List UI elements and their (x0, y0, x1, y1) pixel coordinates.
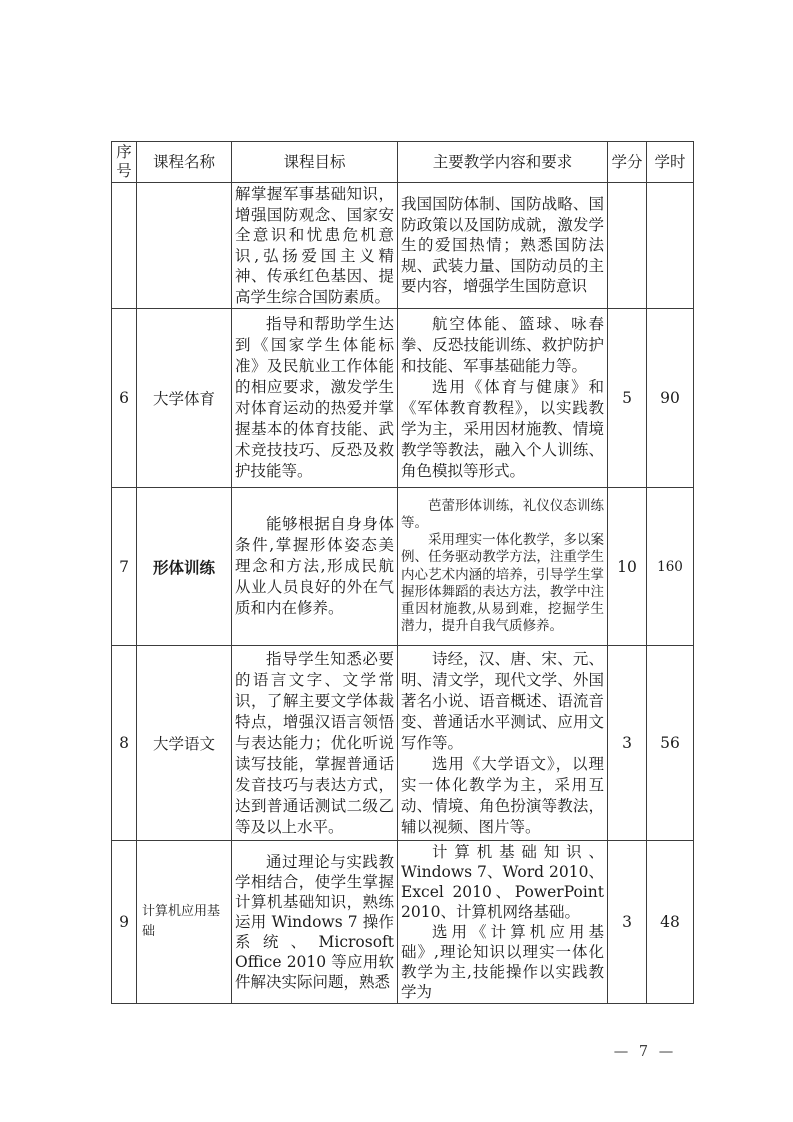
cell-hours: 48 (647, 841, 694, 1004)
cell-objective: 指导学生知悉必要的语言文字、文学常识，了解主要文学体裁特点，增强汉语言领悟与表达… (232, 646, 398, 841)
course-row-8: 8 大学语文 指导学生知悉必要的语言文字、文学常识，了解主要文学体裁特点，增强汉… (112, 646, 694, 841)
cell-course-name (137, 183, 232, 309)
objective-paragraph: 通过理论与实践教学相结合，使学生掌握计算机基础知识，熟练运用 Windows 7… (235, 852, 394, 992)
content-paragraph: 我国国防体制、国防战略、国防政策以及国防成就，激发学生的爱国热情；熟悉国防法规、… (401, 194, 604, 297)
document-page: 序号 课程名称 课程目标 主要教学内容和要求 学分 学时 解掌握军事基础知识，增… (0, 0, 793, 1122)
cell-credits: 3 (608, 646, 647, 841)
col-header-credits: 学分 (608, 142, 647, 183)
course-table: 序号 课程名称 课程目标 主要教学内容和要求 学分 学时 解掌握军事基础知识，增… (111, 141, 694, 1004)
cell-course-name: 大学语文 (137, 646, 232, 841)
cell-hours: 90 (647, 309, 694, 488)
cell-seq: 6 (112, 309, 137, 488)
header-row: 序号 课程名称 课程目标 主要教学内容和要求 学分 学时 (112, 142, 694, 183)
cell-content: 航空体能、篮球、咏春拳、反恐技能训练、救护防护和技能、军事基础能力等。 选用《体… (398, 309, 608, 488)
content-paragraph: 计算机基础知识、Windows 7、Word 2010、Excel 2010、P… (401, 842, 604, 922)
cell-hours: 160 (647, 488, 694, 646)
content-paragraph: 诗经，汉、唐、宋、元、明、清文学，现代文学、外国著名小说、语音概述、语流音变、普… (401, 649, 604, 754)
cell-content: 芭蕾形体训练，礼仪仪态训练等。 采用理实一体化教学，多以案例、任务驱动教学方法，… (398, 488, 608, 646)
cell-hours: 56 (647, 646, 694, 841)
content-paragraph: 选用《大学语文》，以理实一体化教学为主，采用互动、情境、角色扮演等教法，辅以视频… (401, 754, 604, 838)
objective-paragraph: 指导和帮助学生达到《国家学生体能标准》及民航业工作体能的相应要求，激发学生对体育… (235, 314, 394, 482)
cell-course-name: 大学体育 (137, 309, 232, 488)
col-header-objective: 课程目标 (232, 142, 398, 183)
cell-course-name: 计算机应用基础 (137, 841, 232, 1004)
content-paragraph: 选用《计算机应用基础》,理论知识以理实一体化教学为主,技能操作以实践教学为 (401, 922, 604, 1002)
col-header-hours: 学时 (647, 142, 694, 183)
cell-seq: 7 (112, 488, 137, 646)
cell-content: 诗经，汉、唐、宋、元、明、清文学，现代文学、外国著名小说、语音概述、语流音变、普… (398, 646, 608, 841)
content-paragraph: 航空体能、篮球、咏春拳、反恐技能训练、救护防护和技能、军事基础能力等。 (401, 314, 604, 377)
cell-credits (608, 183, 647, 309)
cell-credits: 10 (608, 488, 647, 646)
cell-objective: 解掌握军事基础知识，增强国防观念、国家安全意识和忧患危机意识,弘扬爱国主义精神、… (232, 183, 398, 309)
cell-seq: 8 (112, 646, 137, 841)
course-row-6: 6 大学体育 指导和帮助学生达到《国家学生体能标准》及民航业工作体能的相应要求，… (112, 309, 694, 488)
cell-seq (112, 183, 137, 309)
cell-content: 计算机基础知识、Windows 7、Word 2010、Excel 2010、P… (398, 841, 608, 1004)
course-row-9: 9 计算机应用基础 通过理论与实践教学相结合，使学生掌握计算机基础知识，熟练运用… (112, 841, 694, 1004)
cell-objective: 指导和帮助学生达到《国家学生体能标准》及民航业工作体能的相应要求，激发学生对体育… (232, 309, 398, 488)
objective-paragraph: 指导学生知悉必要的语言文字、文学常识，了解主要文学体裁特点，增强汉语言领悟与表达… (235, 649, 394, 838)
cell-course-name: 形体训练 (137, 488, 232, 646)
content-paragraph: 采用理实一体化教学，多以案例、任务驱动教学方法，注重学生内心艺术内涵的培养，引导… (401, 532, 604, 635)
cell-objective: 通过理论与实践教学相结合，使学生掌握计算机基础知识，熟练运用 Windows 7… (232, 841, 398, 1004)
col-header-content: 主要教学内容和要求 (398, 142, 608, 183)
cell-content: 我国国防体制、国防战略、国防政策以及国防成就，激发学生的爱国热情；熟悉国防法规、… (398, 183, 608, 309)
cell-credits: 3 (608, 841, 647, 1004)
objective-paragraph: 解掌握军事基础知识，增强国防观念、国家安全意识和忧患危机意识,弘扬爱国主义精神、… (235, 184, 394, 307)
cell-credits: 5 (608, 309, 647, 488)
col-header-seq: 序号 (112, 142, 137, 183)
course-row-continued: 解掌握军事基础知识，增强国防观念、国家安全意识和忧患危机意识,弘扬爱国主义精神、… (112, 183, 694, 309)
cell-objective: 能够根据自身身体条件,掌握形体姿态美理念和方法,形成民航从业人员良好的外在气质和… (232, 488, 398, 646)
page-number: — 7 — (600, 1044, 690, 1060)
cell-seq: 9 (112, 841, 137, 1004)
objective-paragraph: 能够根据自身身体条件,掌握形体姿态美理念和方法,形成民航从业人员良好的外在气质和… (235, 514, 394, 619)
cell-hours (647, 183, 694, 309)
content-paragraph: 芭蕾形体训练，礼仪仪态训练等。 (401, 498, 604, 532)
content-paragraph: 选用《体育与健康》和《军体教育教程》，以实践教学为主，采用因材施教、情境教学等教… (401, 377, 604, 482)
course-row-7: 7 形体训练 能够根据自身身体条件,掌握形体姿态美理念和方法,形成民航从业人员良… (112, 488, 694, 646)
col-header-course-name: 课程名称 (137, 142, 232, 183)
